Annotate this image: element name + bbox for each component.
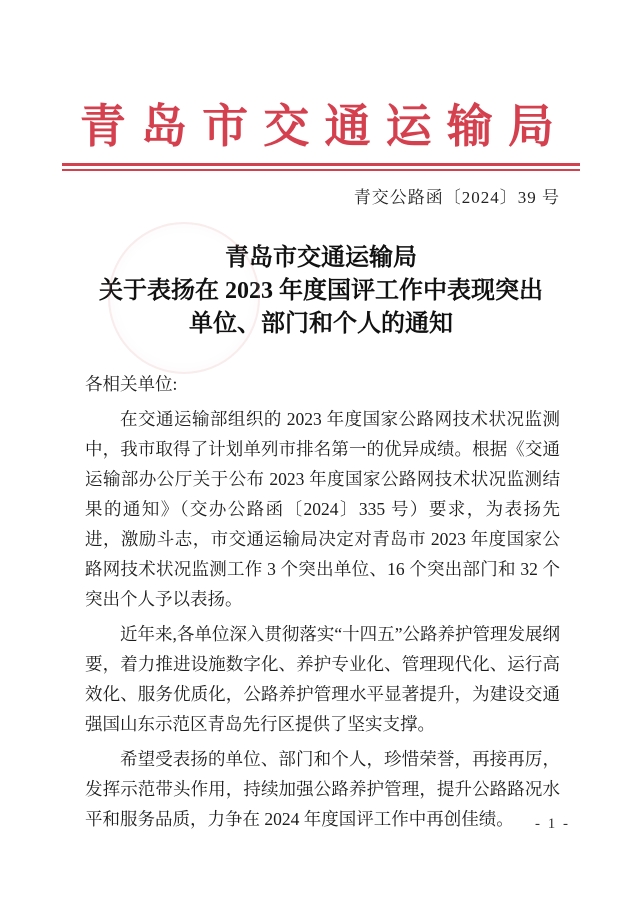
document-page: 青岛市交通运输局 青交公路函〔2024〕39 号 青岛市交通运输局 关于表扬在 … <box>0 0 642 903</box>
notice-title-line-2: 关于表扬在 2023 年度国评工作中表现突出 <box>62 275 580 308</box>
agency-title: 青岛市交通运输局 <box>62 98 580 156</box>
divider-line-thin <box>62 169 580 171</box>
notice-body: 各相关单位: 在交通运输部组织的 2023 年度国家公路网技术状况监测中，我市取… <box>85 369 560 834</box>
body-paragraph: 希望受表扬的单位、部门和个人，珍惜荣誉，再接再厉，发挥示范带头作用，持续加强公路… <box>85 744 560 834</box>
body-paragraph: 在交通运输部组织的 2023 年度国家公路网技术状况监测中，我市取得了计划单列市… <box>85 404 560 614</box>
body-paragraph: 近年来,各单位深入贯彻落实“十四五”公路养护管理发展纲要，着力推进设施数字化、养… <box>85 619 560 739</box>
notice-title-line-3: 单位、部门和个人的通知 <box>62 308 580 341</box>
header-divider <box>62 163 580 171</box>
letterhead: 青岛市交通运输局 青交公路函〔2024〕39 号 <box>62 98 580 208</box>
notice-title-line-1: 青岛市交通运输局 <box>62 242 580 275</box>
salutation: 各相关单位: <box>85 369 560 399</box>
notice-title: 青岛市交通运输局 关于表扬在 2023 年度国评工作中表现突出 单位、部门和个人… <box>62 242 580 341</box>
page-number: - 1 - <box>535 816 570 833</box>
document-number: 青交公路函〔2024〕39 号 <box>62 183 560 208</box>
